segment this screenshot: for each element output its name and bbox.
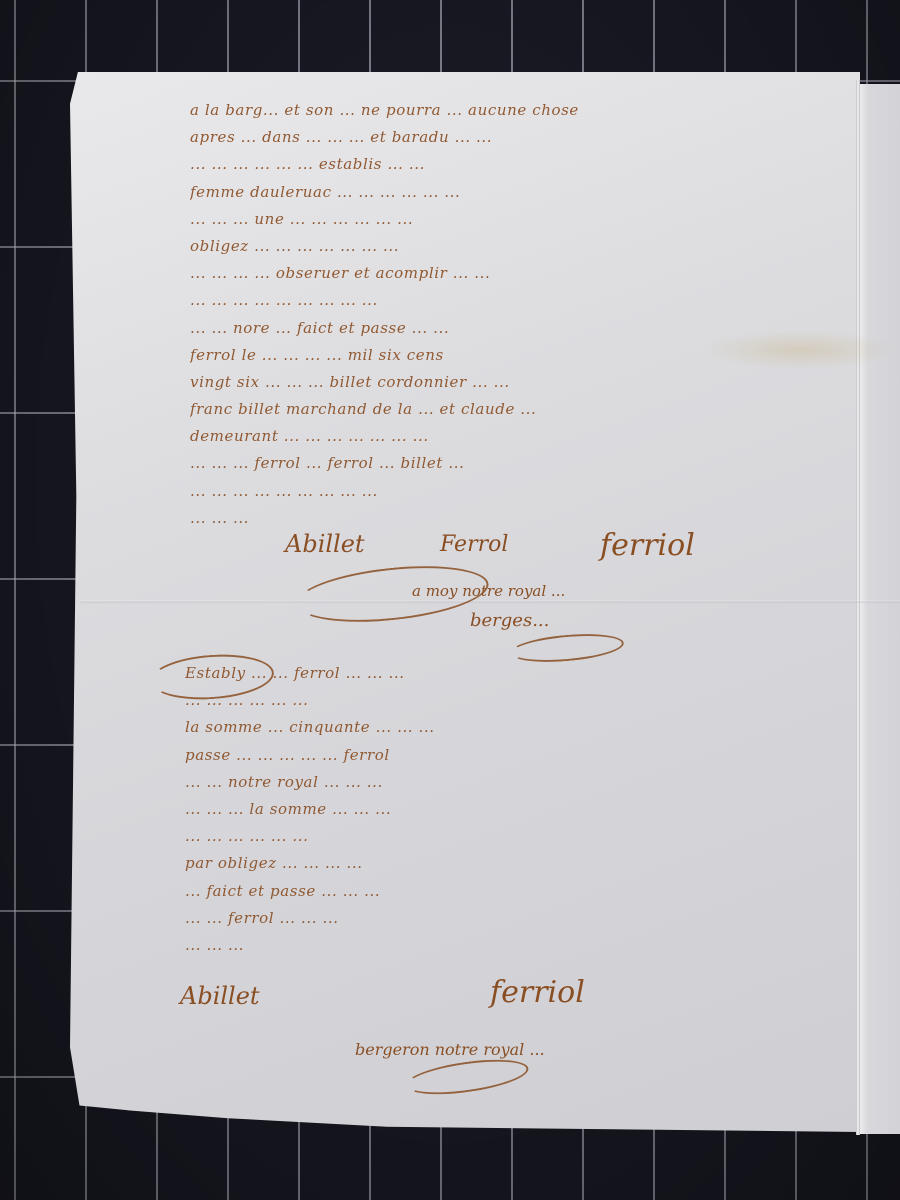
- manuscript-text-section-2: Estably ... ... ferrol ... ... ... ... .…: [185, 660, 825, 959]
- text-line: ... faict et passe ... ... ...: [185, 878, 825, 905]
- text-line: Estably ... ... ferrol ... ... ...: [185, 660, 825, 687]
- signature-ferrol-1: Ferrol: [440, 532, 508, 557]
- text-line: ... ... nore ... faict et passe ... ...: [190, 315, 830, 342]
- text-line: ... ... ... ferrol ... ferrol ... billet…: [190, 450, 830, 477]
- text-line: ... ... ... une ... ... ... ... ... ...: [190, 206, 830, 233]
- text-line: ... ... ... ... ... ... ... ... ...: [190, 478, 830, 505]
- adjacent-page-edge: [858, 84, 900, 1134]
- text-line: ... ... ... ... ... ... establis ... ...: [190, 151, 830, 178]
- text-line: ferrol le ... ... ... ... mil six cens: [190, 342, 830, 369]
- text-line: franc billet marchand de la ... et claud…: [190, 396, 830, 423]
- signature-ferriol-1: ferriol: [600, 528, 695, 563]
- signature-abillet-1: Abillet: [285, 530, 365, 558]
- notary-line-1: a moy notre royal ...: [412, 582, 565, 600]
- text-line: ... ... ... la somme ... ... ...: [185, 796, 825, 823]
- text-line: ... ... ...: [190, 505, 830, 532]
- text-line: apres ... dans ... ... ... et baradu ...…: [190, 124, 830, 151]
- text-line: ... ... ... ... ... ...: [185, 823, 825, 850]
- text-line: demeurant ... ... ... ... ... ... ...: [190, 423, 830, 450]
- text-line: ... ... ferrol ... ... ...: [185, 905, 825, 932]
- manuscript-text-section-1: a la barg... et son ... ne pourra ... au…: [190, 97, 830, 532]
- text-line: passe ... ... ... ... ... ferrol: [185, 742, 825, 769]
- text-line: la somme ... cinquante ... ... ...: [185, 714, 825, 741]
- text-line: ... ... ... ... ... ...: [185, 687, 825, 714]
- text-line: ... ... ...: [185, 932, 825, 959]
- notary-line-2: bergeron notre royal ...: [355, 1040, 545, 1059]
- horizontal-fold-crease: [80, 600, 900, 603]
- vertical-fold-crease: [856, 80, 860, 1135]
- signature-ferriol-2: ferriol: [490, 975, 585, 1010]
- text-line: obligez ... ... ... ... ... ... ...: [190, 233, 830, 260]
- text-line: a la barg... et son ... ne pourra ... au…: [190, 97, 830, 124]
- signature-abillet-2: Abillet: [180, 982, 260, 1010]
- text-line: ... ... ... ... obseruer et acomplir ...…: [190, 260, 830, 287]
- notary-signature-1: berges...: [470, 610, 549, 631]
- text-line: ... ... notre royal ... ... ...: [185, 769, 825, 796]
- text-line: femme dauleruac ... ... ... ... ... ...: [190, 179, 830, 206]
- text-line: vingt six ... ... ... billet cordonnier …: [190, 369, 830, 396]
- text-line: par obligez ... ... ... ...: [185, 850, 825, 877]
- text-line: ... ... ... ... ... ... ... ... ...: [190, 287, 830, 314]
